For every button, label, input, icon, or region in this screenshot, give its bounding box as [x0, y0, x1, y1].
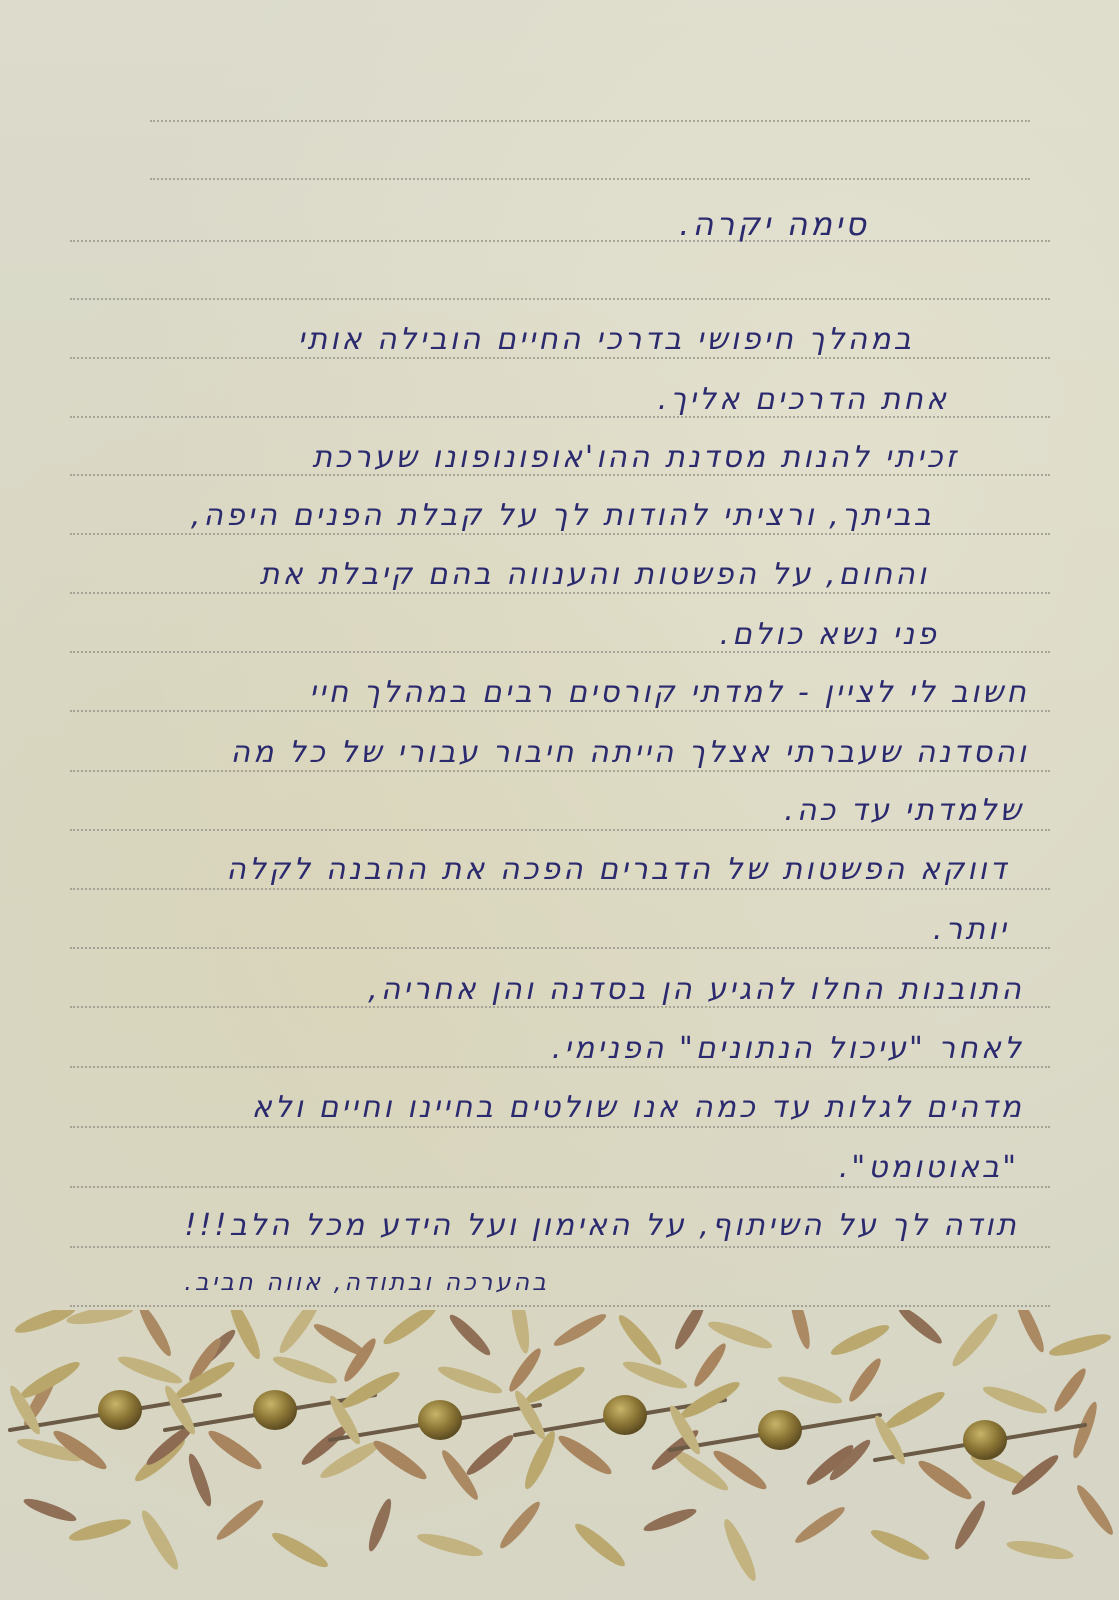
ruled-line: [150, 120, 1030, 122]
letter-line: יותר.: [933, 912, 1009, 947]
ruled-line: [70, 888, 1050, 890]
ruled-line: [70, 298, 1050, 300]
letter-line: מדהים לגלות עד כמה אנו שולטים בחיינו וחי…: [252, 1090, 1024, 1125]
letter-line: פני נשא כולם.: [720, 617, 939, 652]
ruled-line: [70, 357, 1050, 359]
letter-line: בביתך, ורציתי להודות לך על קבלת הפנים הי…: [191, 498, 934, 533]
letter-line: התובנות החלו להגיע הן בסדנה והן אחריה,: [368, 972, 1024, 1007]
letter-line: והסדנה שעברתי אצלך הייתה חיבור עבורי של …: [230, 735, 1029, 770]
salutation: סימה יקרה.: [679, 205, 869, 243]
ruled-line: [70, 1066, 1050, 1068]
letter-line: תודה לך על השיתוף, על האימון ועל הידע מכ…: [184, 1208, 1019, 1243]
letter-line: חשוב לי לציין - למדתי קורסים רבים במהלך …: [309, 675, 1029, 710]
ruled-line: [70, 240, 1050, 242]
ruled-line: [70, 1305, 1050, 1307]
letter-line: במהלך חיפושי בדרכי החיים הובילה אותי: [298, 322, 914, 357]
ruled-line: [70, 829, 1050, 831]
letter-paper: סימה יקרה. במהלך חיפושי בדרכי החיים הובי…: [0, 0, 1119, 1600]
letter-line: אחת הדרכים אליך.: [658, 382, 949, 417]
ruled-line: [150, 178, 1030, 180]
ruled-line: [70, 947, 1050, 949]
ruled-line: [70, 770, 1050, 772]
letter-line: לאחר "עיכול הנתונים" הפנימי.: [552, 1031, 1024, 1066]
letter-line: והחום, על הפשטות והענווה בהם קיבלת את: [260, 557, 929, 592]
ruled-line: [70, 710, 1050, 712]
letter-line: דווקא הפשטות של הדברים הפכה את ההבנה לקל…: [226, 852, 1009, 887]
ruled-line: [70, 533, 1050, 535]
ruled-line: [70, 592, 1050, 594]
olive-branch-border: [0, 1310, 1119, 1600]
ruled-line: [70, 1246, 1050, 1248]
letter-line: "באוטומט".: [839, 1150, 1019, 1185]
ruled-line: [70, 1186, 1050, 1188]
letter-line: זכיתי להנות מסדנת ההו'אופונופונו שערכת: [312, 440, 959, 475]
signature-line: בהערכה ובתודה, אווה חביב.: [184, 1268, 549, 1296]
ruled-line: [70, 1126, 1050, 1128]
letter-line: שלמדתי עד כה.: [784, 793, 1024, 828]
olive-icon: [871, 1365, 1090, 1504]
